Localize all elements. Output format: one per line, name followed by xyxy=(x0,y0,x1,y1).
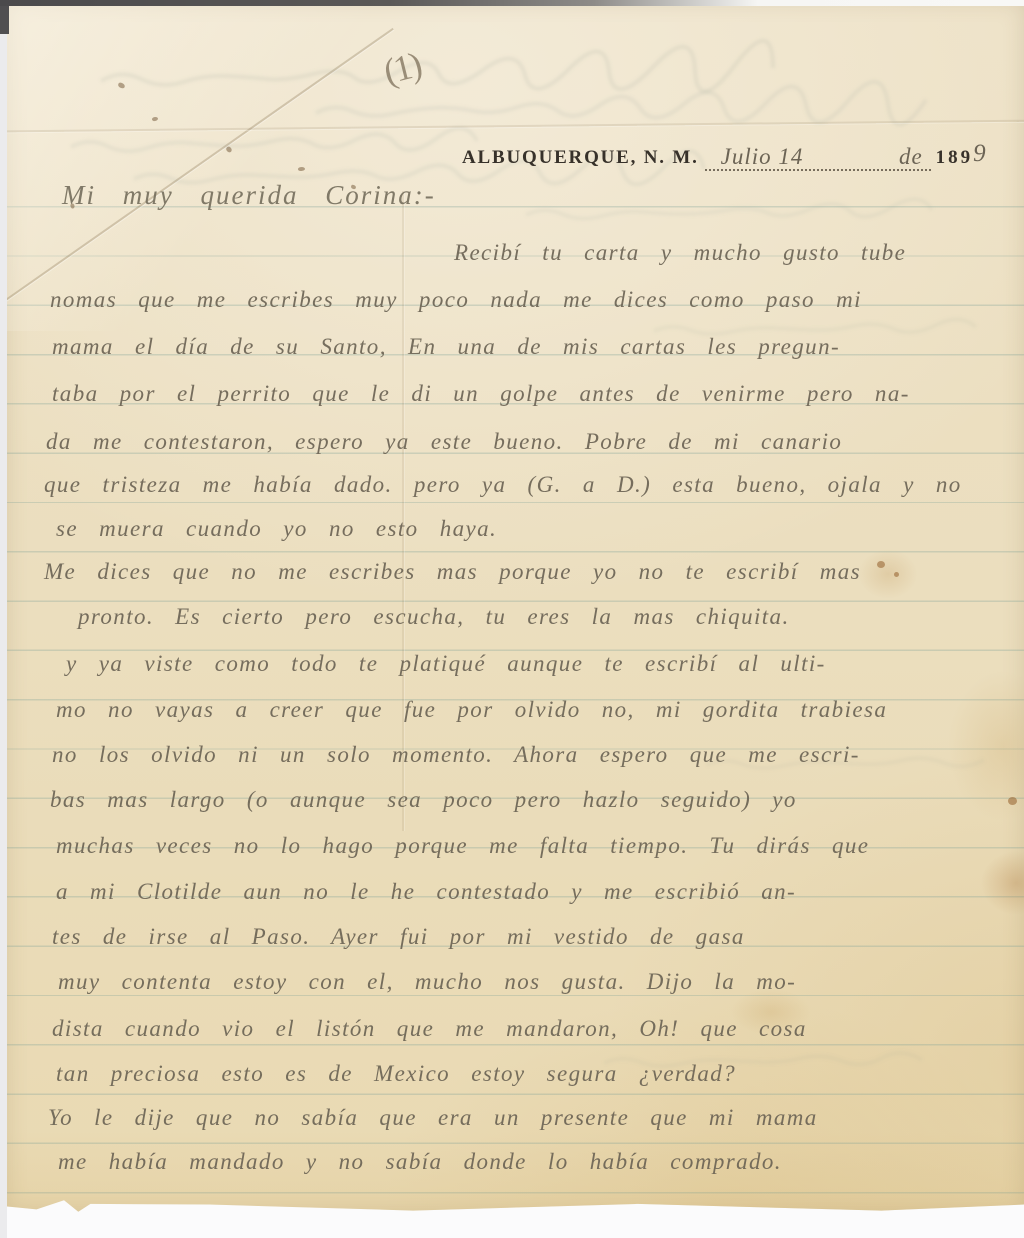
letter-line: que tristeza me había dado. pero ya (G. … xyxy=(44,471,962,498)
rust-freckle xyxy=(894,572,899,577)
letter-line: dista cuando vio el listón que me mandar… xyxy=(52,1015,807,1042)
handwritten-year-digit: 9 xyxy=(973,140,986,168)
rust-freckle xyxy=(1008,797,1017,805)
letter-line: Yo le dije que no sabía que era un prese… xyxy=(48,1104,818,1131)
scanned-letter-page: (1) ALBUQUERQUE, N. M. Julio 14 de 189 9… xyxy=(0,0,1024,1238)
scan-left-margin xyxy=(0,0,7,1238)
letter-line: mo no vayas a creer que fue por olvido n… xyxy=(56,696,887,723)
rust-freckle xyxy=(877,561,885,568)
handwritten-month-day: Julio 14 xyxy=(721,144,804,170)
printed-year-prefix: 189 xyxy=(936,147,974,169)
letter-paper: (1) ALBUQUERQUE, N. M. Julio 14 de 189 9… xyxy=(6,1,1024,1213)
letter-line: bas mas largo (o aunque sea poco pero ha… xyxy=(50,786,797,813)
letter-line: se muera cuando yo no esto haya. xyxy=(56,515,497,542)
stain xyxy=(858,549,918,599)
letter-line: taba por el perrito que le di un golpe a… xyxy=(52,380,910,407)
letter-line: da me contestaron, espero ya este bueno.… xyxy=(46,428,842,455)
letter-line: a mi Clotilde aun no le he contestado y … xyxy=(56,878,796,905)
letter-line: no los olvido ni un solo momento. Ahora … xyxy=(52,741,860,768)
letterhead-date-line: Julio 14 de xyxy=(705,143,931,171)
letter-line: muchas veces no lo hago porque me falta … xyxy=(56,832,869,859)
scan-top-edge xyxy=(0,0,1024,6)
letter-line: Recibí tu carta y mucho gusto tube xyxy=(454,239,906,266)
letter-line: y ya viste como todo te platiqué aunque … xyxy=(66,650,826,677)
letter-line: me había mandado y no sabía donde lo hab… xyxy=(58,1148,782,1175)
letter-line: Me dices que no me escribes mas porque y… xyxy=(44,558,861,585)
letter-line: nomas que me escribes muy poco nada me d… xyxy=(50,286,862,313)
letter-line: tan preciosa esto es de Mexico estoy seg… xyxy=(56,1060,736,1087)
letter-line: muy contenta estoy con el, mucho nos gus… xyxy=(58,968,796,995)
salutation: Mi muy querida Corina:- xyxy=(62,180,436,211)
letter-line: mama el día de su Santo, En una de mis c… xyxy=(52,333,840,360)
letter-line: pronto. Es cierto pero escucha, tu eres … xyxy=(78,603,790,630)
letterhead-location: ALBUQUERQUE, N. M. xyxy=(462,147,699,169)
handwritten-de: de xyxy=(899,144,923,170)
letterhead: ALBUQUERQUE, N. M. Julio 14 de 189 9 xyxy=(462,142,986,171)
letter-line: tes de irse al Paso. Ayer fui por mi ves… xyxy=(52,923,745,950)
